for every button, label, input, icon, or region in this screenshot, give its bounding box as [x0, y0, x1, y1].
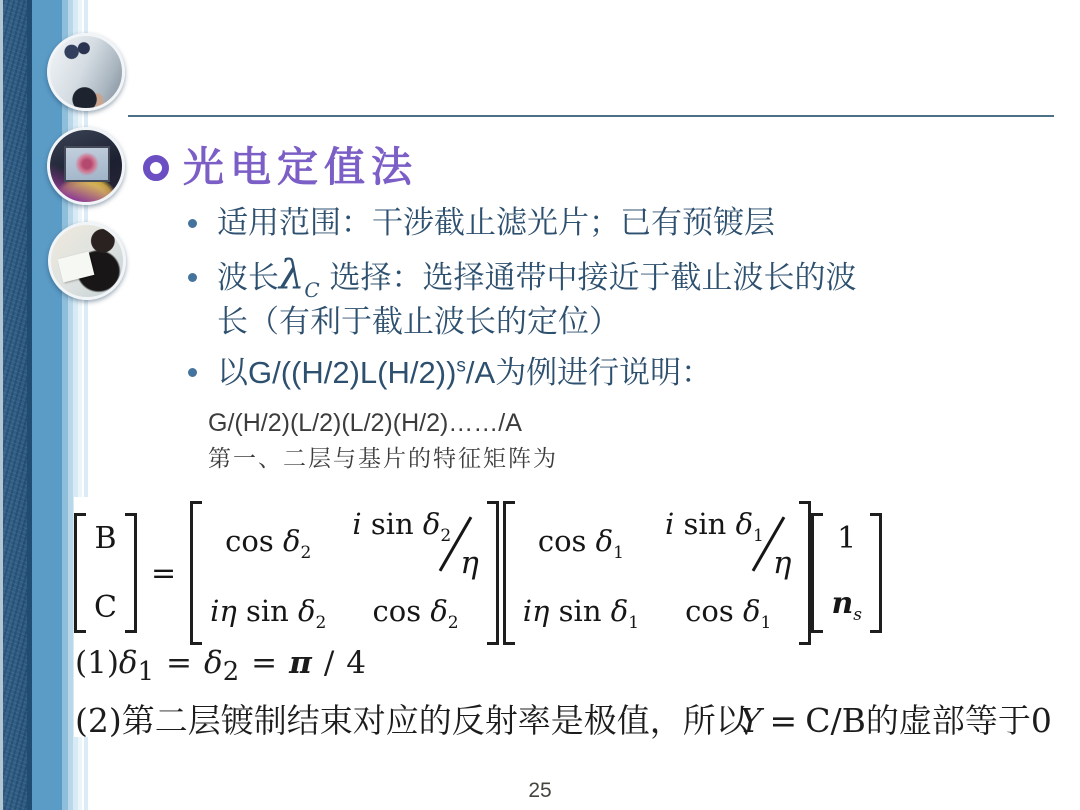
m2-isin-over-eta: i sin δ2 η — [352, 513, 478, 575]
bullet-3-formula: G/((H/2)L(H/2))s/A — [248, 355, 495, 390]
equals-sign: = — [151, 556, 176, 591]
m1-cos-top: cos δ1 — [538, 524, 624, 563]
conclusion-1: (1)δ1=δ2=π/4 — [75, 645, 366, 687]
matrix-layer2: cos δ2 i sin δ2 η iη sin δ2 cos δ2 — [190, 501, 499, 645]
paper-shape — [57, 252, 94, 283]
optical-filter-camera-photo — [47, 127, 125, 205]
ring-bullet-icon — [143, 155, 169, 181]
m1-ieta-sin: iη sin δ1 — [523, 594, 639, 633]
bullet-dot-icon — [188, 368, 197, 377]
vector-1-ns: 1 ns — [811, 513, 882, 633]
right-bracket — [125, 513, 137, 633]
sidebar-texture — [3, 0, 27, 810]
bullet-1-text: 适用范围：干涉截止滤光片；已有预镀层 — [217, 201, 775, 246]
header-rule — [128, 115, 1054, 117]
title-row: 光电定值法 — [143, 147, 418, 188]
conclusion-2: (2)第二层镀制结束对应的反射率是极值，所以Y=C/B的虚部等于0 — [75, 695, 1052, 742]
vec-B: B — [94, 521, 116, 556]
bullet-2-line2: 长（有利于截止波长的定位） — [217, 300, 620, 345]
left-bracket — [811, 513, 823, 633]
page-title: 光电定值法 — [183, 147, 418, 188]
c2-text: 第二层镀制结束对应的反射率是极值，所以 — [122, 701, 749, 740]
lambda-symbol: λC — [279, 252, 320, 298]
c2-post: 的虚部等于0 — [866, 701, 1052, 740]
bullet-3-pre: 以 — [217, 355, 248, 391]
formula-panel: B C = cos δ2 i sin δ2 η iη sin δ2 cos δ2 — [74, 497, 1080, 737]
c1-label: (1) — [75, 645, 119, 681]
right-bracket — [799, 501, 811, 645]
bullet-2-line1: 波长λC 选择：选择通带中接近于截止波长的波 — [217, 256, 857, 301]
woman-reading-photo — [48, 222, 126, 300]
c2-label: (2) — [75, 701, 122, 740]
page-number: 25 — [0, 779, 1080, 803]
right-bracket — [487, 501, 499, 645]
camera-screen-shape — [64, 146, 110, 182]
left-bracket — [74, 513, 86, 633]
m2-ieta-sin: iη sin δ2 — [210, 594, 326, 633]
machine-cylinder-photo — [47, 33, 125, 111]
note-structure-formula: G/(H/2)(L/2)(L/2)(H/2)……/A — [208, 409, 522, 438]
vec-C: C — [94, 590, 117, 625]
note-matrix-caption: 第一、二层与基片的特征矩阵为 — [208, 440, 558, 473]
m2-cos-top: cos δ2 — [225, 524, 311, 563]
matrix-layer1: cos δ1 i sin δ1 η iη sin δ1 cos δ1 — [503, 501, 812, 645]
m2-cos-bottom: cos δ2 — [373, 594, 459, 633]
bullet-3-post: 为例进行说明： — [495, 355, 712, 391]
c2-CB: C/B — [805, 701, 866, 740]
bullet-dot-icon — [188, 273, 197, 282]
vec-ns: ns — [831, 586, 862, 625]
bullet-dot-icon — [188, 219, 197, 228]
left-bracket — [503, 501, 515, 645]
bullet-2-post: 选择：选择通带中接近于截止波长的波 — [330, 260, 857, 296]
m1-cos-bottom: cos δ1 — [685, 594, 771, 633]
vector-BC: B C — [74, 513, 137, 633]
c2-Y-symbol: Y — [740, 701, 762, 740]
vec-1: 1 — [837, 521, 856, 556]
matrix-equation: B C = cos δ2 i sin δ2 η iη sin δ2 cos δ2 — [74, 501, 882, 645]
bullet-3-text: 以G/((H/2)L(H/2))s/A为例进行说明： — [217, 351, 712, 396]
bullet-2-pre: 波长 — [217, 260, 279, 296]
right-bracket — [870, 513, 882, 633]
left-bracket — [190, 501, 202, 645]
m1-isin-over-eta: i sin δ1 η — [665, 513, 791, 575]
